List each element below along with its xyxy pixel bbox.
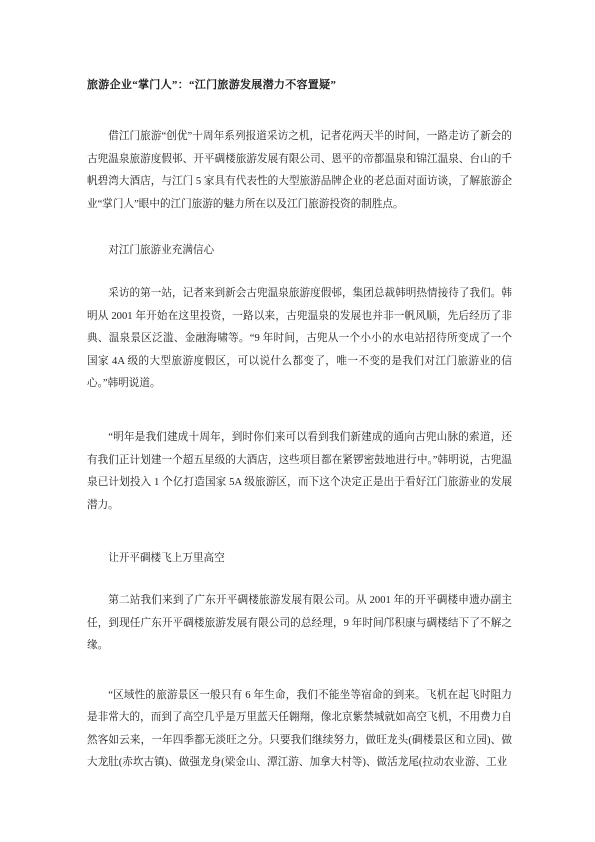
paragraph-diaolou-2: “区域性的旅游景区一般只有 6 年生命，我们不能坐等宿命的到来。飞机在起飞时阻力… xyxy=(87,685,512,775)
document-title: 旅游企业“掌门人”：“江门旅游发展潜力不容置疑” xyxy=(87,78,512,92)
paragraph-intro: 借江门旅游“创优”十周年系列报道采访之机，记者花两天半的时间，一路走访了新会的古… xyxy=(87,126,512,216)
paragraph-diaolou-1: 第二站我们来到了广东开平碉楼旅游发展有限公司。从 2001 年的开平碉楼申遗办副… xyxy=(87,590,512,658)
section-heading-diaolou: 让开平碉楼飞上万里高空 xyxy=(87,548,512,571)
paragraph-gudou-1: 采访的第一站，记者来到新会古兜温泉旅游度假邨，集团总裁韩明热情接待了我们。韩明从… xyxy=(87,283,512,396)
section-heading-confidence: 对江门旅游业充满信心 xyxy=(87,240,512,263)
document-page: 旅游企业“掌门人”：“江门旅游发展潜力不容置疑” 借江门旅游“创优”十周年系列报… xyxy=(0,0,595,842)
paragraph-gudou-2: “明年是我们建成十周年，到时你们来可以看到我们新建成的通向古兜山脉的索道，还有我… xyxy=(87,427,512,517)
